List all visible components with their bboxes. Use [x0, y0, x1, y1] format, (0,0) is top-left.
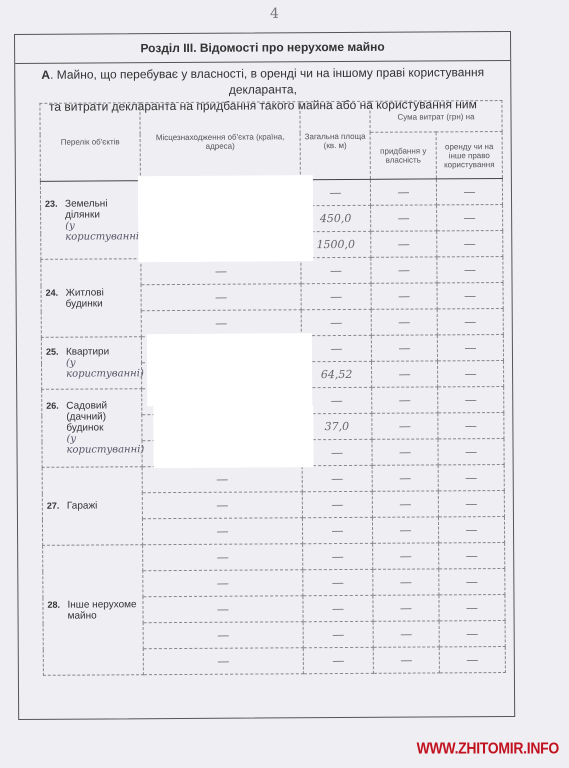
rent-cell: — — [438, 361, 504, 387]
purchase-cell: — — [372, 517, 438, 543]
handwritten-note: (у користуванні) — [65, 220, 140, 242]
location-cell: — — [143, 622, 303, 649]
category-cell: 24.Житлові будинки — [41, 259, 141, 338]
purchase-cell: — — [371, 309, 437, 335]
area-cell: — — [303, 647, 373, 673]
purchase-cell: — — [371, 335, 437, 361]
page-number: 4 — [270, 6, 279, 22]
category-number: 24. — [46, 287, 59, 297]
category-label: Гаражі — [67, 500, 98, 511]
purchase-cell: — — [372, 491, 438, 517]
purchase-cell: — — [373, 647, 439, 673]
area-cell: — — [302, 465, 372, 491]
category-label: Квартири — [66, 346, 109, 357]
redaction-block — [153, 405, 313, 468]
category-cell: 25.Квартири(у користуванні) — [41, 337, 141, 390]
category-label: Інше нерухоме майно — [67, 599, 136, 621]
rent-cell: — — [438, 517, 504, 543]
category-cell: 26.Садовий (дачний) будинок(у користуван… — [42, 389, 142, 468]
purchase-cell: — — [371, 257, 437, 283]
category-label: Садовий (дачний) будинок — [66, 400, 107, 433]
purchase-cell: — — [372, 361, 438, 387]
rent-cell: — — [439, 543, 505, 569]
redaction-block — [138, 175, 314, 262]
category-number: 23. — [45, 198, 58, 208]
rent-cell: — — [438, 491, 504, 517]
rent-cell: — — [438, 439, 504, 465]
purchase-cell: — — [371, 283, 437, 309]
header-rent: оренду чи на інше право користування — [436, 132, 502, 179]
area-cell: — — [303, 569, 373, 595]
table-row: 27.Гаражі———— — [42, 465, 504, 494]
purchase-cell: — — [371, 231, 437, 257]
rent-cell: — — [439, 569, 505, 595]
rent-cell: — — [439, 647, 505, 673]
redaction-block — [147, 333, 312, 406]
location-cell: — — [143, 570, 303, 597]
purchase-cell: — — [370, 179, 436, 205]
purchase-cell: — — [373, 595, 439, 621]
purchase-cell: — — [373, 569, 439, 595]
header-expenses: Сума витрат (грн) на — [370, 101, 502, 133]
location-cell: — — [143, 544, 303, 571]
area-cell: — — [303, 595, 373, 621]
category-cell: 23.Земельні ділянки(у користуванні) — [40, 181, 140, 260]
area-cell: — — [303, 621, 373, 647]
location-cell: — — [142, 466, 302, 493]
purchase-cell: — — [372, 439, 438, 465]
rent-cell: — — [437, 257, 503, 283]
rent-cell: — — [437, 335, 503, 361]
category-cell: 28.Інше нерухоме майно — [43, 545, 144, 676]
rent-cell: — — [438, 465, 504, 491]
location-cell: — — [143, 596, 303, 623]
site-watermark: WWW.ZHITOMIR.INFO — [417, 739, 559, 757]
area-cell: — — [301, 309, 371, 335]
area-cell: — — [301, 283, 371, 309]
section-frame: Розділ III. Відомості про нерухоме майно… — [14, 31, 515, 720]
location-cell: — — [141, 284, 301, 311]
header-area: Загальна площа (кв. м) — [300, 101, 370, 179]
category-number: 28. — [47, 599, 60, 609]
rent-cell: — — [439, 595, 505, 621]
category-cell: 27.Гаражі — [42, 467, 142, 546]
subsection-letter: А — [41, 68, 50, 82]
rent-cell: — — [438, 413, 504, 439]
rent-cell: — — [437, 283, 503, 309]
header-objects: Перелік об'єктів — [40, 103, 140, 182]
category-number: 25. — [46, 347, 59, 357]
category-label: Житлові будинки — [66, 287, 104, 309]
location-cell: — — [142, 492, 302, 519]
category-label: Земельні ділянки — [65, 198, 108, 220]
rent-cell: — — [438, 387, 504, 413]
area-cell: — — [301, 257, 371, 283]
rent-cell: — — [437, 231, 503, 257]
category-number: 26. — [46, 401, 59, 411]
rent-cell: — — [437, 205, 503, 231]
category-number: 27. — [47, 501, 60, 511]
location-cell: — — [142, 518, 302, 545]
rent-cell: — — [439, 621, 505, 647]
section-title: Розділ III. Відомості про нерухоме майно — [15, 32, 510, 64]
rent-cell: — — [436, 179, 502, 205]
area-cell: — — [303, 543, 373, 569]
purchase-cell: — — [373, 543, 439, 569]
area-cell: — — [302, 491, 372, 517]
subtitle-line-1: . Майно, що перебуває у власності, в оре… — [50, 65, 484, 97]
header-purchase: придбання у власність — [370, 132, 436, 179]
area-cell: — — [302, 517, 372, 543]
rent-cell: — — [437, 309, 503, 335]
handwritten-note: (у користуванні) — [66, 433, 141, 455]
header-location: Місцезнаходження об'єкта (країна, адреса… — [140, 102, 300, 181]
purchase-cell: — — [373, 621, 439, 647]
purchase-cell: — — [372, 413, 438, 439]
purchase-cell: — — [371, 205, 437, 231]
purchase-cell: — — [372, 465, 438, 491]
location-cell: — — [143, 648, 303, 675]
table-row: 28.Інше нерухоме майно———— — [43, 543, 505, 572]
purchase-cell: — — [372, 387, 438, 413]
handwritten-note: (у користуванні) — [66, 357, 141, 379]
